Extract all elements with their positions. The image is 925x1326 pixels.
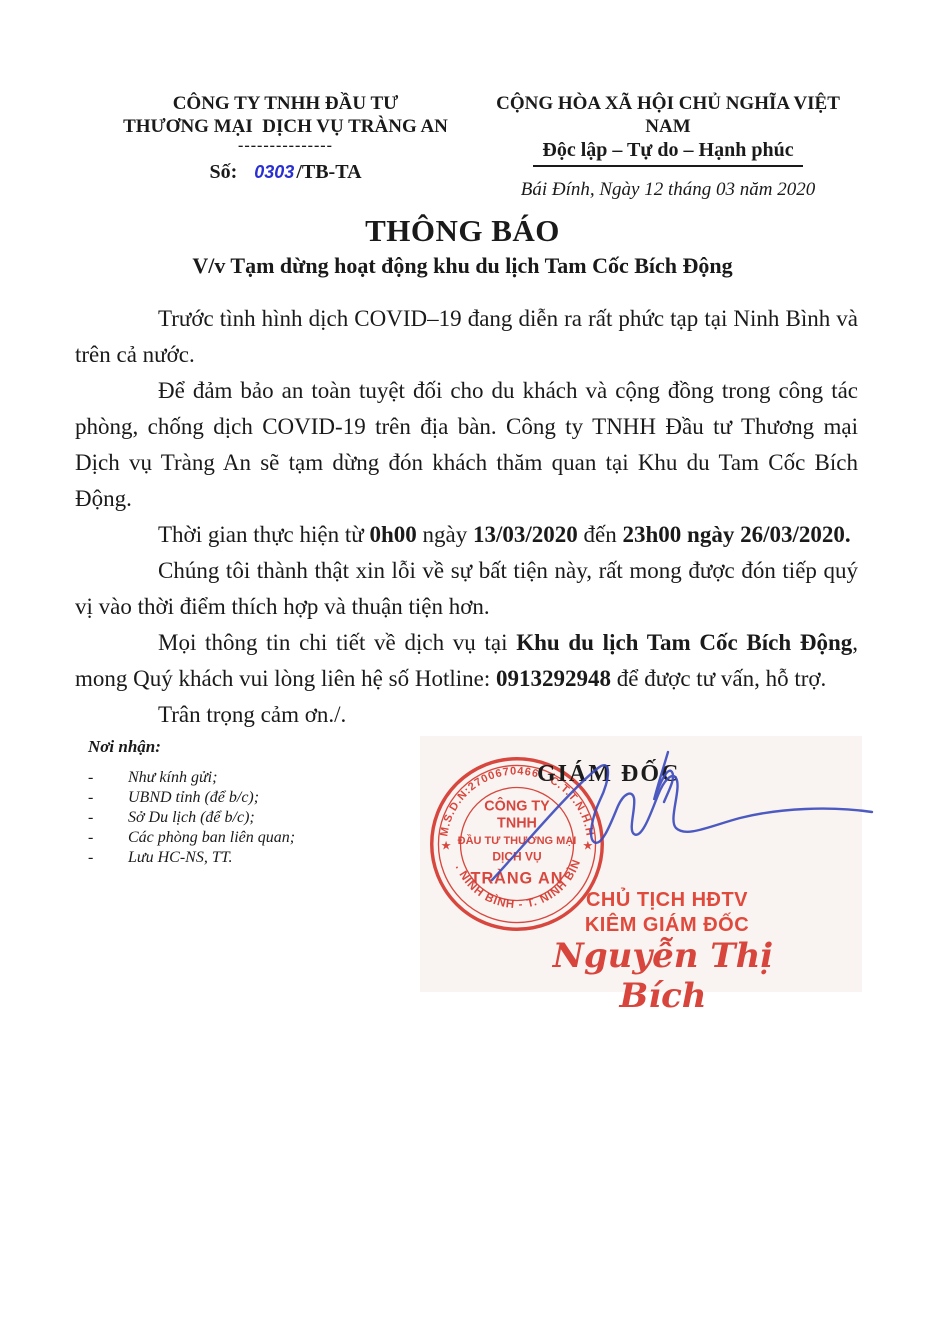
list-item: -Lưu HC-NS, TT. bbox=[88, 848, 388, 868]
national-header: CỘNG HÒA XÃ HỘI CHỦ NGHĨA VIỆT NAM Độc l… bbox=[482, 92, 854, 201]
recipient-2: Sở Du lịch (để b/c); bbox=[128, 808, 255, 828]
recipient-1: UBND tỉnh (để b/c); bbox=[128, 788, 259, 808]
document-title: THÔNG BÁO bbox=[0, 214, 925, 248]
p3-bold-time-start: 0h00 bbox=[369, 522, 416, 547]
paragraph-6: Trân trọng cảm ơn./. bbox=[75, 697, 858, 733]
company-name-line1: CÔNG TY TNHH ĐẦU TƯ bbox=[118, 92, 453, 115]
signature-stroke-main bbox=[492, 765, 872, 880]
national-motto-line1: CỘNG HÒA XÃ HỘI CHỦ NGHĨA VIỆT NAM bbox=[482, 92, 854, 138]
signer-position: CHỦ TỊCH HĐTV KIÊM GIÁM ĐỐC bbox=[552, 888, 782, 938]
company-name-line2: THƯƠNG MẠI DỊCH VỤ TRÀNG AN bbox=[118, 115, 453, 138]
list-item: -Sở Du lịch (để b/c); bbox=[88, 808, 388, 828]
recipients-list: -Như kính gửi; -UBND tỉnh (để b/c); -Sở … bbox=[88, 768, 388, 868]
list-dash: - bbox=[88, 828, 128, 848]
list-dash: - bbox=[88, 848, 128, 868]
p3-text: đến bbox=[578, 522, 623, 547]
p3-text: Thời gian thực hiện từ bbox=[158, 522, 369, 547]
p5-text: Mọi thông tin chi tiết về dịch vụ tại bbox=[158, 630, 516, 655]
list-dash: - bbox=[88, 808, 128, 828]
list-item: -Các phòng ban liên quan; bbox=[88, 828, 388, 848]
p3-text: ngày bbox=[417, 522, 473, 547]
paragraph-4: Chúng tôi thành thật xin lỗi về sự bất t… bbox=[75, 553, 858, 625]
place-dateline: Bái Đính, Ngày 12 tháng 03 năm 2020 bbox=[482, 179, 854, 201]
list-dash: - bbox=[88, 788, 128, 808]
reference-number-line: Số:0303/TB-TA bbox=[118, 161, 453, 184]
recipient-3: Các phòng ban liên quan; bbox=[128, 828, 295, 848]
title-block: THÔNG BÁO V/v Tạm dừng hoạt động khu du … bbox=[0, 214, 925, 279]
document-page: CÔNG TY TNHH ĐẦU TƯ THƯƠNG MẠI DỊCH VỤ T… bbox=[0, 0, 925, 1326]
reference-label: Số: bbox=[209, 161, 237, 183]
p3-bold-date-start: 13/03/2020 bbox=[473, 522, 578, 547]
p3-bold-date-end: 23h00 ngày 26/03/2020. bbox=[623, 522, 851, 547]
p5-text: để được tư vấn, hỗ trợ. bbox=[611, 666, 826, 691]
header-divider-dashes: --------------- bbox=[118, 140, 453, 151]
paragraph-3: Thời gian thực hiện từ 0h00 ngày 13/03/2… bbox=[75, 517, 858, 553]
signer-position-line2: KIÊM GIÁM ĐỐC bbox=[552, 913, 782, 938]
signer-position-line1: CHỦ TỊCH HĐTV bbox=[552, 888, 782, 913]
recipients-label: Nơi nhận: bbox=[88, 737, 388, 757]
reference-suffix: /TB-TA bbox=[296, 161, 361, 183]
document-subtitle: V/v Tạm dừng hoạt động khu du lịch Tam C… bbox=[0, 253, 925, 279]
p5-bold-site-name: Khu du lịch Tam Cốc Bích Động bbox=[516, 630, 852, 655]
paragraph-5: Mọi thông tin chi tiết về dịch vụ tại Kh… bbox=[75, 625, 858, 697]
recipients-block: Nơi nhận: -Như kính gửi; -UBND tỉnh (để … bbox=[88, 737, 388, 868]
paragraph-2: Để đảm bảo an toàn tuyệt đối cho du khác… bbox=[75, 373, 858, 517]
paragraph-1: Trước tình hình dịch COVID–19 đang diễn … bbox=[75, 301, 858, 373]
recipient-4: Lưu HC-NS, TT. bbox=[128, 848, 232, 868]
reference-number: 0303 bbox=[254, 162, 294, 182]
stamp-star-left-icon: ★ bbox=[441, 840, 451, 852]
national-motto-line2: Độc lập – Tự do – Hạnh phúc bbox=[533, 139, 802, 167]
list-dash: - bbox=[88, 768, 128, 788]
p5-bold-hotline: 0913292948 bbox=[496, 666, 611, 691]
signer-name: Nguyễn Thị Bích bbox=[513, 936, 813, 1016]
list-item: -UBND tỉnh (để b/c); bbox=[88, 788, 388, 808]
list-item: -Như kính gửi; bbox=[88, 768, 388, 788]
handwritten-signature bbox=[470, 740, 890, 890]
recipient-0: Như kính gửi; bbox=[128, 768, 217, 788]
company-header: CÔNG TY TNHH ĐẦU TƯ THƯƠNG MẠI DỊCH VỤ T… bbox=[118, 92, 453, 184]
body-text: Trước tình hình dịch COVID–19 đang diễn … bbox=[75, 301, 858, 733]
